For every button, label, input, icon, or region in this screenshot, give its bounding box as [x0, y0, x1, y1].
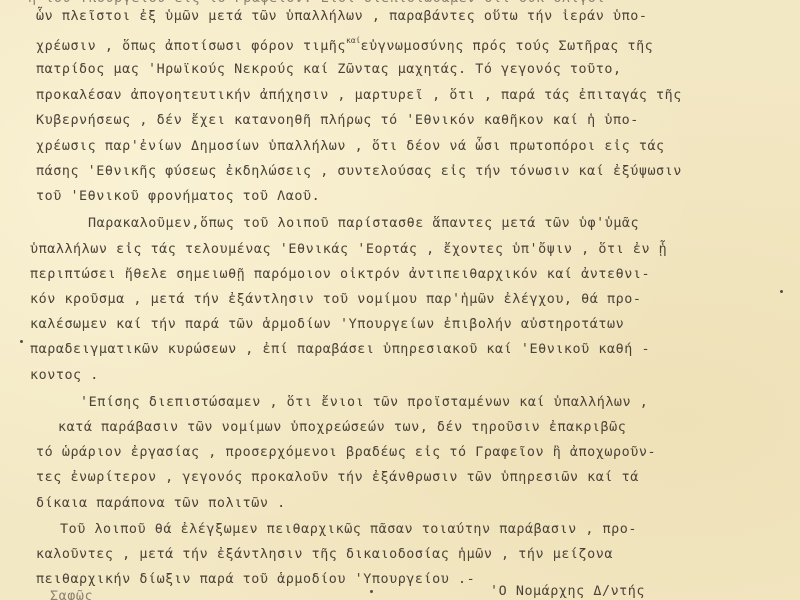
text-line: χρέωσις παρ'ἐνίων Δημοσίων ὑπαλλήλων , ὅ…	[36, 140, 665, 153]
signature-line: 'Ο Νομάρχης Δ/ντής	[490, 585, 645, 598]
text-line: δίκαια παράπονα τῶν πολιτῶν .	[36, 497, 286, 510]
text-line: κόν κροῦσμα , μετά τήν ἐξάντλησιν τοῦ νο…	[30, 293, 641, 306]
footer-partial-text: Σαφῶς	[50, 590, 93, 600]
text-line: ὧν πλεῖστοι ἐξ ὑμῶν μετά τῶν ὑπαλλήλων ,…	[36, 10, 647, 23]
text-line: 'Επίσης διεπιστώσαμεν , ὅτι ἔνιοι τῶν πρ…	[80, 396, 648, 409]
text-line: παραδειγματικῶν κυρώσεων , ἐπί παραβάσει…	[30, 343, 650, 356]
ink-speck	[20, 340, 23, 343]
ink-speck	[780, 290, 783, 293]
inserted-word: καί	[346, 36, 360, 45]
text-line: τό ὡράριον ἐργασίας , προσερχόμενοι βραδ…	[36, 446, 656, 459]
text-line: πειθαρχικήν δίωξιν παρά τοῦ ἁρμοδίου 'Υπ…	[36, 573, 475, 586]
text-line: Κυβερνήσεως , δέν ἔχει κατανοηθῆ πλήρως …	[36, 114, 639, 127]
text-line: καλέσωμεν καί τήν παρά τῶν ἁρμοδίων 'Υπο…	[30, 318, 624, 331]
top-partial-line: ή τοῦ Ὑπουργείου εἰς τὸ Γραφεῖον. Ἔτσι δ…	[28, 0, 605, 5]
text-line: κατά παράβασιν τῶν νομίμων ὑποχρεώσεών τ…	[58, 421, 626, 434]
text-line: πατρίδος μας 'Ηρωϊκούς Νεκρούς καί Ζῶντα…	[36, 63, 622, 76]
text-line: ὑπαλλήλων εἰς τάς τελουμένας 'Εθνικάς 'Ε…	[30, 243, 667, 256]
text-line: κοντος .	[30, 369, 99, 382]
text-line: Παρακαλοῦμεν,ὅπως τοῦ λοιποῦ παρίστασθε …	[88, 217, 639, 230]
text-line: περιπτώσει ἤθελε σημειωθῇ παρόμοιον οἰκτ…	[30, 268, 650, 281]
text-fragment: χρέωσιν , ὅπως ἀποτίσωσι φόρον τιμῆς	[36, 39, 346, 54]
text-line: καλοῦντες , μετά τήν ἐξάντλησιν τῆς δικα…	[36, 548, 613, 561]
typewritten-letter-page: ή τοῦ Ὑπουργείου εἰς τὸ Γραφεῖον. Ἔτσι δ…	[0, 0, 800, 600]
text-line: τοῦ 'Εθνικοῦ φρονήματος τοῦ Λαοῦ.	[36, 190, 320, 203]
text-fragment: εὐγνωμοσύνης πρός τούς Σωτῆρας τῆς	[360, 39, 653, 54]
text-line: χρέωσιν , ὅπως ἀποτίσωσι φόρον τιμῆςκαίε…	[36, 37, 653, 53]
text-line: Τοῦ λοιποῦ θά ἐλέγξωμεν πειθαρχικῶς πᾶσα…	[60, 523, 637, 536]
text-line: προκαλέσαν ἀπογοητευτικήν ἀπήχησιν , μαρ…	[36, 89, 682, 102]
ink-speck	[370, 590, 373, 593]
text-line: πάσης 'Εθνικῆς φύσεως ἐκδηλώσεις , συντε…	[36, 165, 682, 178]
text-line: τες ἐνωρίτερον , γεγονός προκαλοῦν τήν ἐ…	[36, 471, 639, 484]
